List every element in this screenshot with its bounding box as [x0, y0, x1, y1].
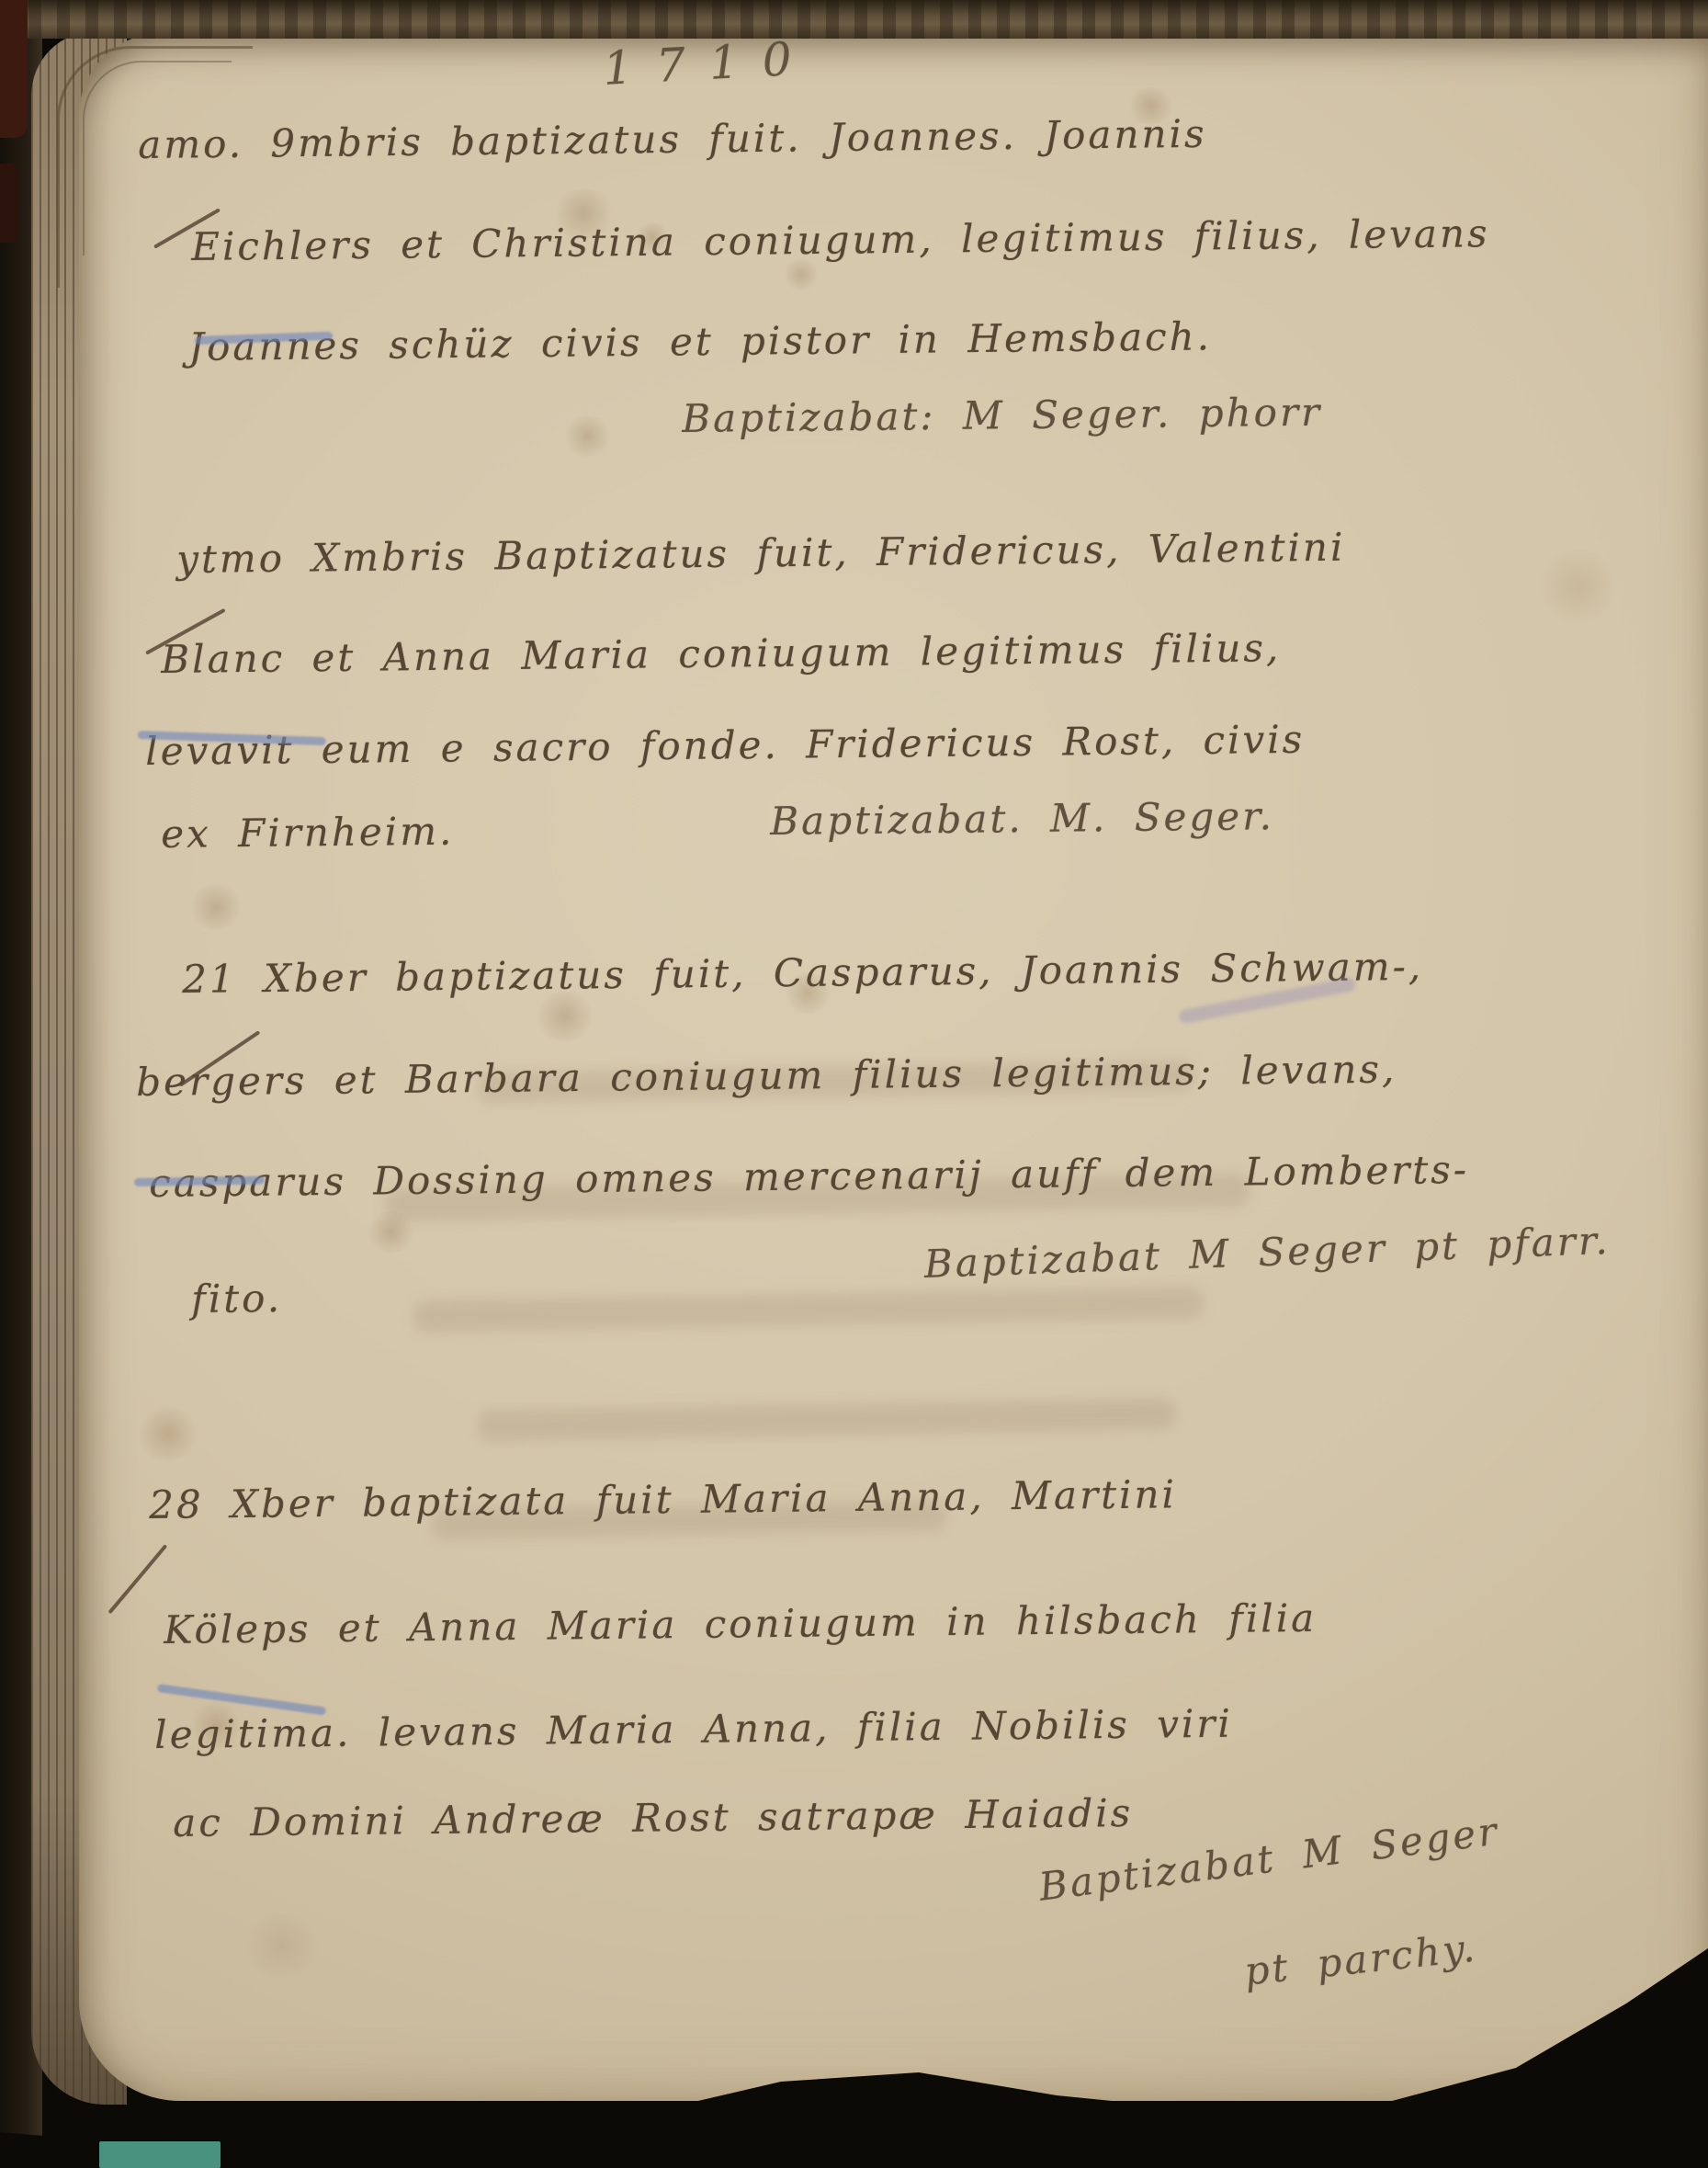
ink-stain: [241, 1913, 323, 1978]
ink-stain: [136, 1406, 200, 1461]
entry-2-line-4: ex Firnheim.: [161, 808, 455, 859]
ink-stain: [1536, 550, 1619, 623]
bookmark-ribbon: [99, 2141, 221, 2168]
ink-stain: [188, 884, 243, 930]
page-year: 1710: [602, 31, 817, 96]
manuscript-scan: 1710 amo. 9mbris baptizatus fuit. Joanne…: [0, 0, 1708, 2168]
entry-1-signature: Baptizabat: M Seger. phorr: [682, 389, 1322, 444]
ink-stain: [562, 415, 613, 457]
binding-top-edge: [0, 0, 1708, 39]
entry-3-line-4: fito.: [191, 1275, 282, 1324]
entry-2-signature: Baptizabat. M. Seger.: [770, 792, 1274, 846]
binding-red-mark: [0, 0, 28, 138]
binding-red-mark: [0, 164, 18, 243]
entry-4-line-4: ac Domini Andreæ Rost satrapæ Haiadis: [173, 1789, 1133, 1847]
